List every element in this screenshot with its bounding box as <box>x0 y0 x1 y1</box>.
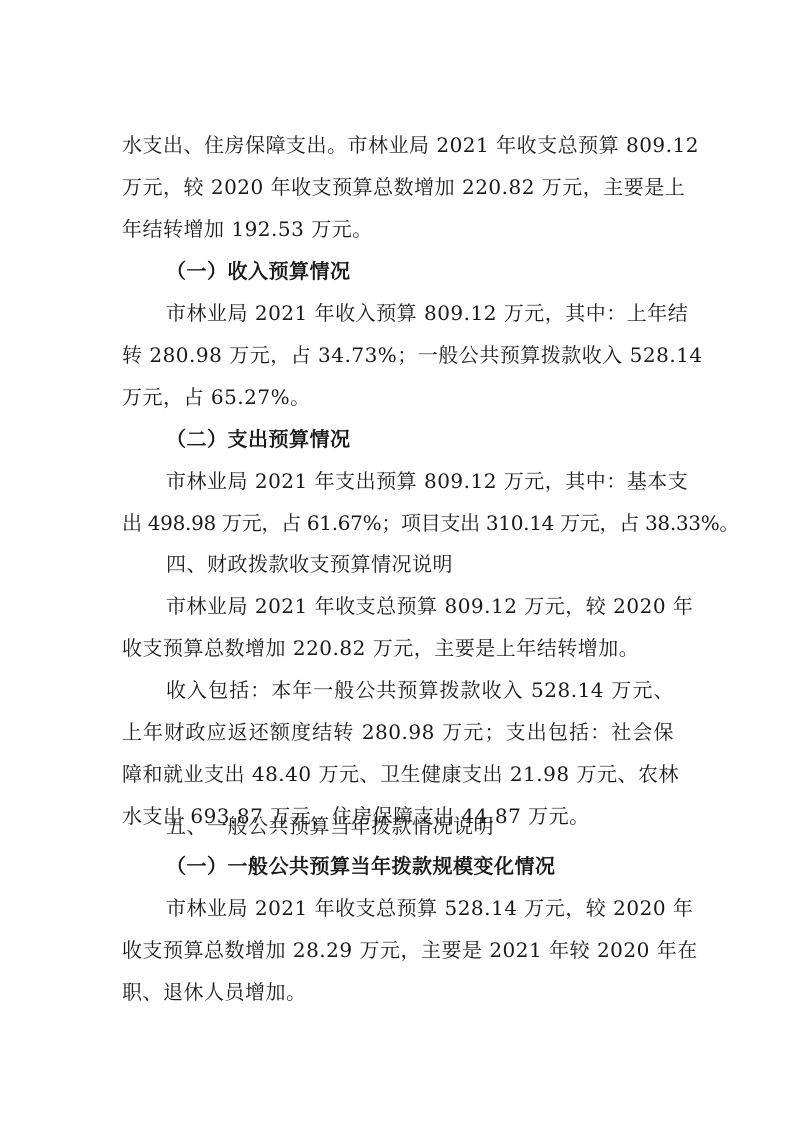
paragraph-line: 上年财政应返还额度结转 280.98 万元；支出包括：社会保 <box>122 718 674 746</box>
heading-section-five: 五、一般公共预算当年拨款情况说明 <box>166 812 674 840</box>
paragraph-line: 市林业局 2021 年支出预算 809.12 万元，其中：基本支 <box>166 467 674 495</box>
paragraph-line: 万元，占 65.27%。 <box>122 383 674 411</box>
paragraph-line: 收入包括：本年一般公共预算拨款收入 528.14 万元、 <box>166 676 674 704</box>
paragraph-line: 职、退休人员增加。 <box>122 978 674 1006</box>
paragraph-line: 出 498.98 万元，占 61.67%；项目支出 310.14 万元，占 38… <box>122 509 674 537</box>
document-page: 水支出、住房保障支出。市林业局 2021 年收支总预算 809.12 万元，较 … <box>0 0 793 1122</box>
heading-section-four: 四、财政拨款收支预算情况说明 <box>166 550 674 578</box>
paragraph-line: 市林业局 2021 年收支总预算 528.14 万元，较 2020 年 <box>166 894 674 922</box>
paragraph-line: 转 280.98 万元，占 34.73%；一般公共预算拨款收入 528.14 <box>122 341 674 369</box>
paragraph-line: 水支出、住房保障支出。市林业局 2021 年收支总预算 809.12 <box>122 131 674 159</box>
paragraph-line: 障和就业支出 48.40 万元、卫生健康支出 21.98 万元、农林 <box>122 760 674 788</box>
subheading-expense-budget: （二）支出预算情况 <box>166 425 674 453</box>
paragraph-line: 收支预算总数增加 28.29 万元，主要是 2021 年较 2020 年在 <box>122 936 674 964</box>
subheading-income-budget: （一）收入预算情况 <box>166 257 674 285</box>
paragraph-line: 收支预算总数增加 220.82 万元，主要是上年结转增加。 <box>122 634 674 662</box>
paragraph-line: 市林业局 2021 年收入预算 809.12 万元，其中：上年结 <box>166 299 674 327</box>
paragraph-line: 年结转增加 192.53 万元。 <box>122 215 674 243</box>
subheading-appropriation-scale: （一）一般公共预算当年拨款规模变化情况 <box>166 852 674 880</box>
paragraph-line: 市林业局 2021 年收支总预算 809.12 万元，较 2020 年 <box>166 592 674 620</box>
paragraph-line: 万元，较 2020 年收支预算总数增加 220.82 万元，主要是上 <box>122 173 674 201</box>
